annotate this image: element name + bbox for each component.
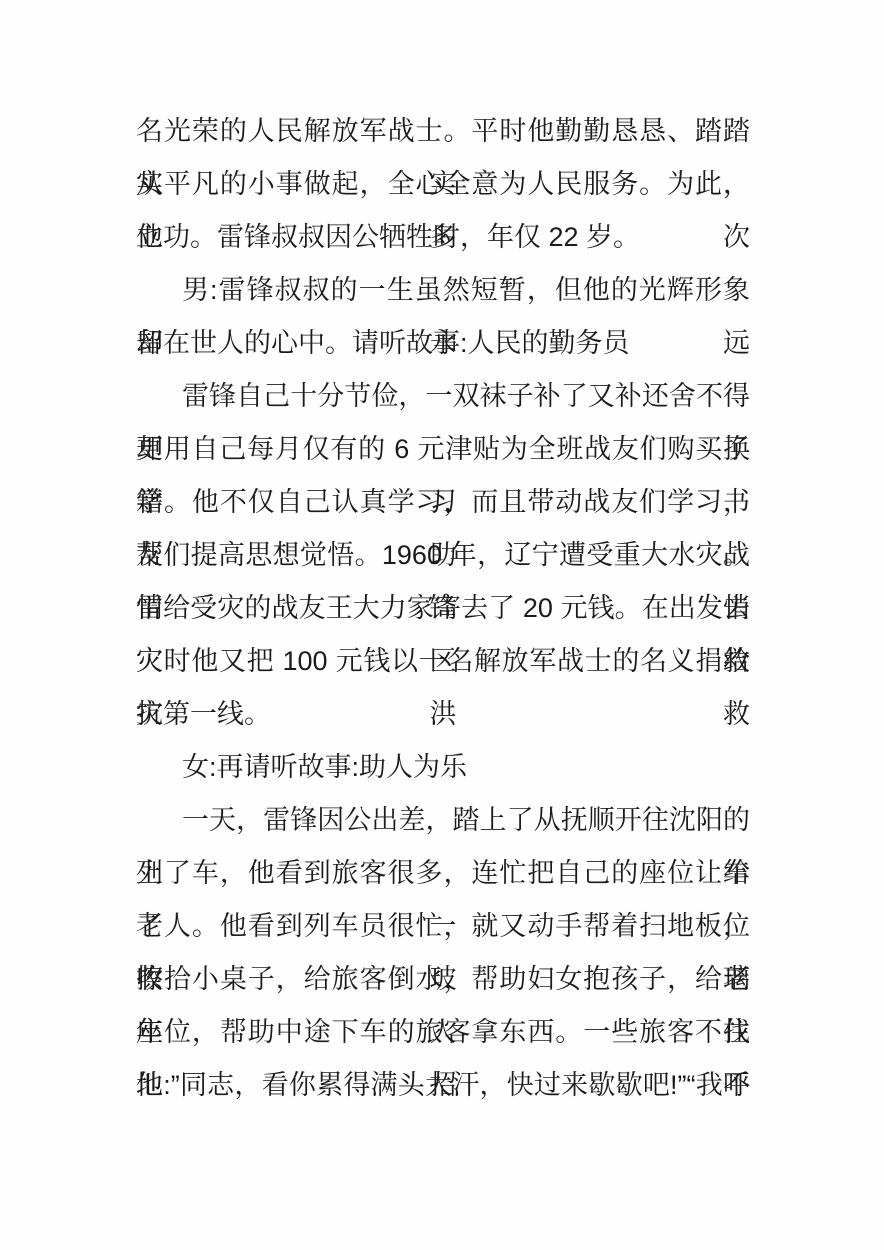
text-line: 座位，帮助中途下车的旅客拿东西。一些旅客不住地招呼 — [136, 1006, 750, 1059]
text-line: 籍。他不仅自己认真学习，而且带动战友们学习，帮助战 — [136, 476, 750, 529]
text-line: 雷锋自己十分节俭，一双袜子补了又补还舍不得更换 — [136, 370, 750, 423]
document-page: 名光荣的人民解放军战士。平时他勤勤恳恳、踏踏实实，从平凡的小事做起，全心全意为人… — [0, 0, 884, 1250]
text-line: 老人。他看到列车员很忙，就又动手帮着扫地板，擦玻璃 — [136, 900, 750, 953]
text-line: 却用自己每月仅有的 6 元津贴为全班战友们购买了学习书 — [136, 423, 750, 476]
text-line: 上了车，他看到旅客很多，连忙把自己的座位让给了一位 — [136, 847, 750, 900]
text-line: 名光荣的人民解放军战士。平时他勤勤恳恳、踏踏实实， — [136, 105, 750, 158]
text-line: 灾时他又把 100 元钱以一名解放军战士的名义捐给抗洪救 — [136, 635, 750, 688]
document-text: 名光荣的人民解放军战士。平时他勤勤恳恳、踏踏实实，从平凡的小事做起，全心全意为人… — [136, 105, 750, 1112]
text-line: 女:再请听故事:助人为乐 — [136, 741, 750, 794]
text-line: 悄给受灾的战友王大力家寄去了 20 元钱。在出发去灾区救 — [136, 582, 750, 635]
text-line: 友们提高思想觉悟。1960 年，辽宁遭受重大水灾。雷锋悄 — [136, 529, 750, 582]
text-line: 一天，雷锋因公出差，踏上了从抚顺开往沈阳的列车 — [136, 794, 750, 847]
text-line: 他:”同志，看你累得满头大汗，快过来歇歇吧!”“我不 — [136, 1059, 750, 1112]
text-line: 收拾小桌子，给旅客倒水，帮助妇女抱孩子，给老年人找 — [136, 953, 750, 1006]
text-line: 男:雷锋叔叔的一生虽然短暂，但他的光辉形象却永远 — [136, 264, 750, 317]
text-line: 从平凡的小事做起，全心全意为人民服务。为此，他多次 — [136, 158, 750, 211]
